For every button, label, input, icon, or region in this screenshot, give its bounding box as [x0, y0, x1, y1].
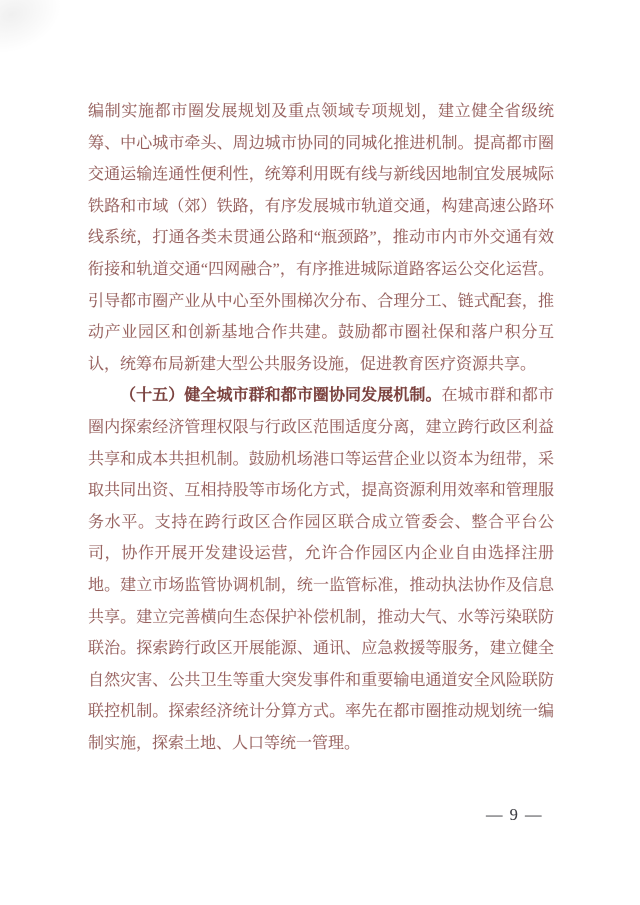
paragraph: （十五）健全城市群和都市圈协同发展机制。在城市群和都市圈内探索经济管理权限与行政…	[88, 380, 554, 759]
body-text-run: 编制实施都市圈发展规划及重点领域专项规划，建立健全省级统筹、中心城市牵头、周边城…	[88, 103, 554, 373]
scan-artifact	[0, 0, 74, 59]
paragraph: 编制实施都市圈发展规划及重点领域专项规划，建立健全省级统筹、中心城市牵头、周边城…	[88, 96, 554, 380]
body-text-run: 在城市群和都市圈内探索经济管理权限与行政区范围适度分离，建立跨行政区利益共享和成…	[88, 387, 554, 752]
page-number: — 9 —	[486, 803, 543, 827]
document-page: 编制实施都市圈发展规划及重点领域专项规划，建立健全省级统筹、中心城市牵头、周边城…	[0, 0, 640, 905]
document-body: 编制实施都市圈发展规划及重点领域专项规划，建立健全省级统筹、中心城市牵头、周边城…	[88, 96, 554, 759]
section-heading-run: （十五）健全城市群和都市圈协同发展机制。	[120, 387, 442, 404]
